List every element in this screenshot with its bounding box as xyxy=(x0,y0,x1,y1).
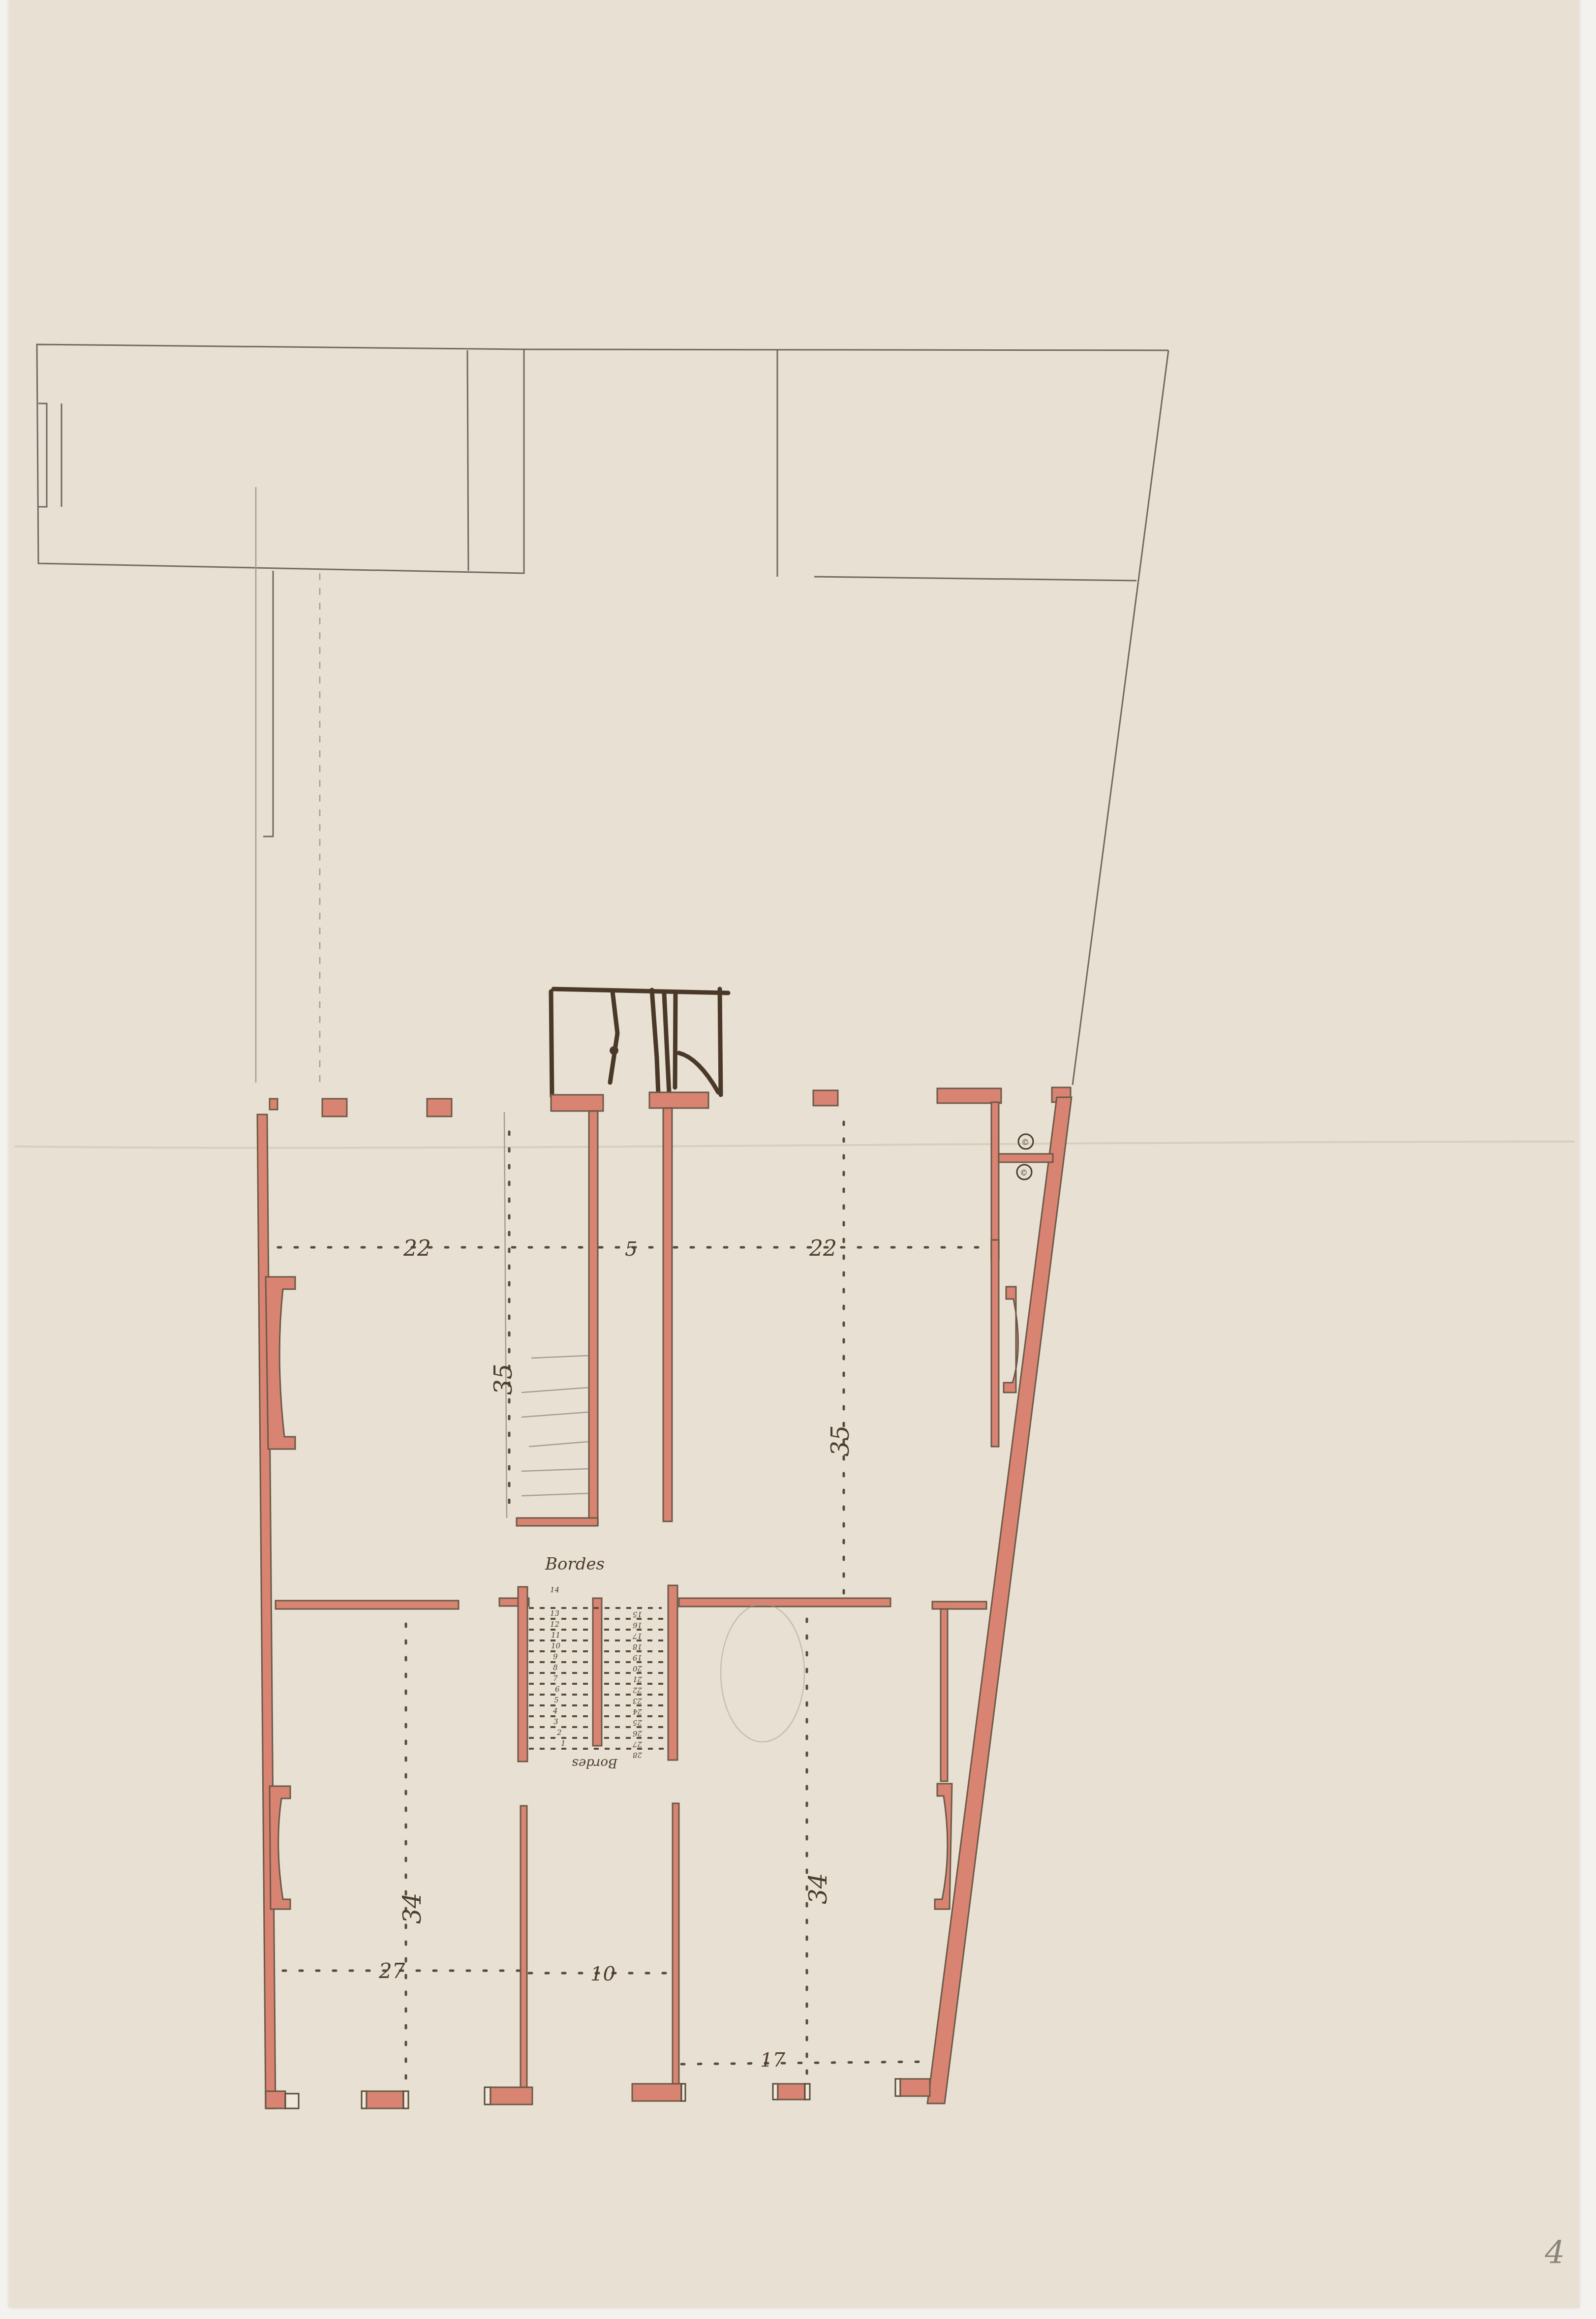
svg-text:21: 21 xyxy=(633,1675,643,1684)
sheet-number: 4 xyxy=(1544,2235,1565,2271)
front-facade xyxy=(266,2079,930,2108)
svg-text:10: 10 xyxy=(551,1641,561,1650)
svg-text:6: 6 xyxy=(555,1685,560,1694)
label-back-left-width: 27 xyxy=(378,1959,405,1983)
stair-step-numbers-left: 14 13 12 11 10 9 8 7 6 5 4 3 2 1 xyxy=(550,1585,566,1748)
svg-text:17: 17 xyxy=(632,1632,642,1640)
pencil-oval-sketch xyxy=(721,1604,804,1742)
svg-text:4: 4 xyxy=(552,1706,558,1715)
dimension-labels: 22 5 22 35 35 34 34 27 10 17 Bordes Bord… xyxy=(378,1236,1565,2271)
svg-text:25: 25 xyxy=(633,1718,643,1727)
svg-text:1: 1 xyxy=(561,1739,566,1748)
fold-crease xyxy=(15,1142,1574,1148)
svg-text:19: 19 xyxy=(632,1653,642,1662)
svg-text:15: 15 xyxy=(633,1610,642,1619)
svg-text:24: 24 xyxy=(633,1707,643,1716)
svg-text:20: 20 xyxy=(632,1664,643,1673)
label-front-right-depth: 35 xyxy=(826,1425,855,1456)
pencil-stair-sketch xyxy=(504,1112,588,1518)
floor-plan-drawing: 22 5 22 35 35 34 34 27 10 17 Bordes Bord… xyxy=(0,0,1596,2319)
label-front-left-depth: 35 xyxy=(489,1363,518,1395)
svg-text:22: 22 xyxy=(633,1686,643,1695)
outbuilding-sketch xyxy=(37,344,1168,1085)
svg-text:5: 5 xyxy=(554,1696,559,1704)
rear-stair-annex xyxy=(551,989,728,1096)
label-front-right-width: 22 xyxy=(809,1236,837,1261)
privy-mark-lower: © xyxy=(1020,1168,1028,1177)
svg-text:23: 23 xyxy=(633,1697,643,1705)
svg-text:11: 11 xyxy=(551,1631,560,1639)
svg-text:14: 14 xyxy=(550,1585,559,1594)
svg-text:28: 28 xyxy=(633,1751,643,1760)
svg-text:27: 27 xyxy=(632,1740,643,1749)
label-landing-lower: Bordes xyxy=(572,1756,618,1770)
svg-text:13: 13 xyxy=(550,1609,559,1618)
svg-text:12: 12 xyxy=(550,1620,559,1629)
privy-mark-upper: © xyxy=(1021,1138,1029,1147)
svg-text:7: 7 xyxy=(553,1674,558,1683)
svg-text:8: 8 xyxy=(553,1663,558,1672)
svg-text:9: 9 xyxy=(553,1652,558,1661)
interior-walls xyxy=(276,1108,890,2096)
svg-text:2: 2 xyxy=(556,1728,562,1737)
label-landing-upper: Bordes xyxy=(545,1554,605,1574)
label-back-left-depth: 34 xyxy=(398,1892,427,1924)
label-back-corridor-width: 10 xyxy=(590,1963,615,1985)
svg-text:18: 18 xyxy=(633,1642,642,1651)
label-front-left-width: 22 xyxy=(403,1236,431,1261)
svg-text:3: 3 xyxy=(553,1717,558,1726)
label-back-right-depth: 34 xyxy=(804,1873,832,1904)
svg-text:16: 16 xyxy=(632,1621,642,1630)
label-corridor-width: 5 xyxy=(625,1238,637,1261)
svg-text:26: 26 xyxy=(632,1729,643,1738)
label-back-right-width: 17 xyxy=(760,2049,785,2072)
